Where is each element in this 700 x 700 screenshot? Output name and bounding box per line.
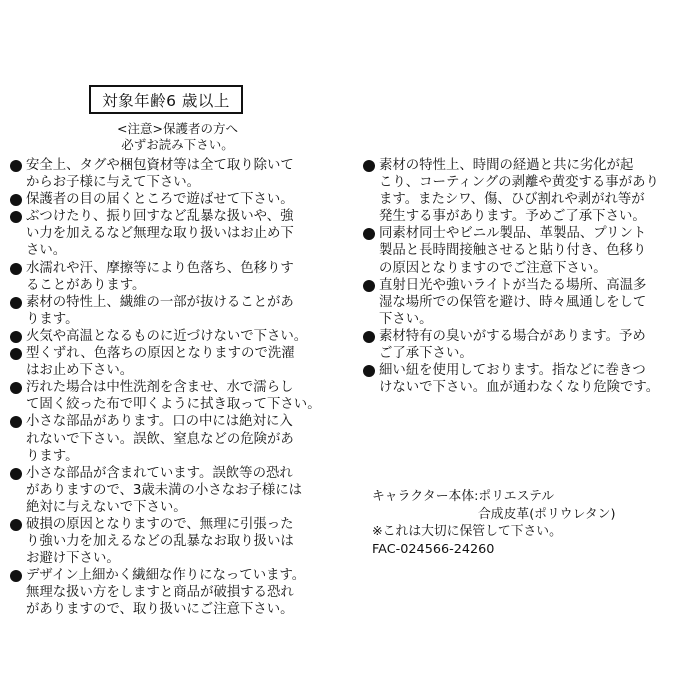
bullet-icon [10,519,22,531]
caution-text-line: ご了承下さい。 [379,345,698,362]
age-label: 対象年齢6 歳以上 [102,89,230,111]
bullet-icon [363,365,375,377]
product-code: FAC-024566-24260 [372,541,615,559]
caution-text-line: さい。 [26,242,350,259]
caution-text-line: ます。またシワ、傷、ひび割れや剥がれ等が [379,191,698,208]
bullet-icon [363,160,375,172]
caution-text-line: からお子様に与えて下さい。 [26,174,350,191]
caution-text-line: 発生する事があります。予めご了承下さい。 [379,208,698,225]
caution-text-line: 下さい。 [379,311,698,328]
caution-text-line: 型くずれ、色落ちの原因となりますので洗濯 [26,345,350,362]
caution-notice: <注意>保護者の方へ 必ずお読み下さい。 [90,121,265,153]
bullet-icon [10,348,22,360]
bullet-icon [10,297,22,309]
caution-item: 同素材同士やビニル製品、革製品、プリント製品と長時間接触させると貼り付き、色移り… [363,225,698,276]
caution-text-line: 無理な扱い方をしますと商品が破損する恐れ [26,584,350,601]
caution-text-line: 細い紐を使用しております。指などに巻きつ [379,362,698,379]
caution-item: 保護者の目の届くところで遊ばせて下さい。 [10,191,350,208]
bullet-icon [363,331,375,343]
caution-text-line: けないで下さい。血が通わなくなり危険です。 [379,379,698,396]
caution-text-line: れないで下さい。誤飲、窒息などの危険があ [26,431,350,448]
bullet-icon [363,228,375,240]
notice-line-2: 必ずお読み下さい。 [90,137,265,153]
caution-text-line: こり、コーティングの剥離や黄変する事があり [379,174,698,191]
age-label-box: 対象年齢6 歳以上 [89,85,243,114]
caution-text-line: ります。 [26,448,350,465]
caution-text-line: ぶつけたり、振り回すなど乱暴な扱いや、強 [26,208,350,225]
caution-text-line: ることがあります。 [26,277,350,294]
caution-text-line: デザイン上細かく繊細な作りになっています。 [26,567,350,584]
caution-text-line: 絶対に与えないで下さい。 [26,499,350,516]
caution-item: 小さな部品が含まれています。誤飲等の恐れがありますので、3歳未満の小さなお子様に… [10,465,350,516]
caution-text-line: 素材の特性上、繊維の一部が抜けることがあ [26,294,350,311]
caution-text-line: 小さな部品があります。口の中には絶対に入 [26,413,350,430]
bullet-icon [10,570,22,582]
caution-item: 水濡れや汗、摩擦等により色落ち、色移りすることがあります。 [10,260,350,294]
material-info: キャラクター本体:ポリエステル 合成皮革(ポリウレタン) ※これは大切に保管して… [372,488,615,558]
bullet-icon [10,382,22,394]
caution-text-line: 火気や高温となるものに近づけないで下さい。 [26,328,350,345]
caution-text-line: 製品と長時間接触させると貼り付き、色移り [379,242,698,259]
caution-text-line: 小さな部品が含まれています。誤飲等の恐れ [26,465,350,482]
caution-item: 安全上、タグや梱包資材等は全て取り除いてからお子様に与えて下さい。 [10,157,350,191]
caution-text-line: 汚れた場合は中性洗剤を含ませ、水で濡らし [26,379,350,396]
caution-text-line: い力を加えるなど無理な取り扱いはお止め下 [26,225,350,242]
caution-item: 素材の特性上、時間の経過と共に劣化が起こり、コーティングの剥離や黄変する事があり… [363,157,698,225]
caution-text-line: り強い力を加えるなどの乱暴なお取り扱いは [26,533,350,550]
caution-text-line: 素材特有の臭いがする場合があります。予め [379,328,698,345]
notice-line-1: <注意>保護者の方へ [90,121,265,137]
caution-text-line: ります。 [26,311,350,328]
care-note: ※これは大切に保管して下さい。 [372,523,615,541]
caution-text-line: の原因となりますのでご注意下さい。 [379,260,698,277]
caution-text-line: 水濡れや汗、摩擦等により色落ち、色移りす [26,260,350,277]
caution-text-line: がありますので、3歳未満の小さなお子様には [26,482,350,499]
caution-text-line: 素材の特性上、時間の経過と共に劣化が起 [379,157,698,174]
caution-text-line: 破損の原因となりますので、無理に引張った [26,516,350,533]
caution-item: 小さな部品があります。口の中には絶対に入れないで下さい。誤飲、窒息などの危険があ… [10,413,350,464]
right-caution-list: 素材の特性上、時間の経過と共に劣化が起こり、コーティングの剥離や黄変する事があり… [363,157,698,396]
caution-text-line: がありますので、取り扱いにご注意下さい。 [26,601,350,618]
caution-item: 素材特有の臭いがする場合があります。予めご了承下さい。 [363,328,698,362]
left-caution-list: 安全上、タグや梱包資材等は全て取り除いてからお子様に与えて下さい。保護者の目の届… [10,157,350,619]
bullet-icon [10,211,22,223]
bullet-icon [10,194,22,206]
bullet-icon [10,468,22,480]
caution-text-line: 同素材同士やビニル製品、革製品、プリント [379,225,698,242]
caution-item: 汚れた場合は中性洗剤を含ませ、水で濡らして固く絞った布で叩くように拭き取って下さ… [10,379,350,413]
caution-item: ぶつけたり、振り回すなど乱暴な扱いや、強い力を加えるなど無理な取り扱いはお止め下… [10,208,350,259]
bullet-icon [10,416,22,428]
caution-item: 火気や高温となるものに近づけないで下さい。 [10,328,350,345]
bullet-icon [10,331,22,343]
caution-item: 素材の特性上、繊維の一部が抜けることがあります。 [10,294,350,328]
caution-text-line: お避け下さい。 [26,550,350,567]
material-secondary: 合成皮革(ポリウレタン) [372,506,615,524]
caution-item: 破損の原因となりますので、無理に引張ったり強い力を加えるなどの乱暴なお取り扱いは… [10,516,350,567]
caution-item: 直射日光や強いライトが当たる場所、高温多湿な場所での保管を避け、時々風通しをして… [363,277,698,328]
caution-text-line: 直射日光や強いライトが当たる場所、高温多 [379,277,698,294]
caution-text-line: はお止め下さい。 [26,362,350,379]
caution-item: デザイン上細かく繊細な作りになっています。無理な扱い方をしますと商品が破損する恐… [10,567,350,618]
caution-text-line: 安全上、タグや梱包資材等は全て取り除いて [26,157,350,174]
bullet-icon [10,160,22,172]
caution-item: 型くずれ、色落ちの原因となりますので洗濯はお止め下さい。 [10,345,350,379]
caution-text-line: 湿な場所での保管を避け、時々風通しをして [379,294,698,311]
caution-item: 細い紐を使用しております。指などに巻きつけないで下さい。血が通わなくなり危険です… [363,362,698,396]
caution-text-line: て固く絞った布で叩くように拭き取って下さい。 [26,396,350,413]
caution-text-line: 保護者の目の届くところで遊ばせて下さい。 [26,191,350,208]
bullet-icon [10,263,22,275]
bullet-icon [363,280,375,292]
material-main: キャラクター本体:ポリエステル [372,488,615,506]
